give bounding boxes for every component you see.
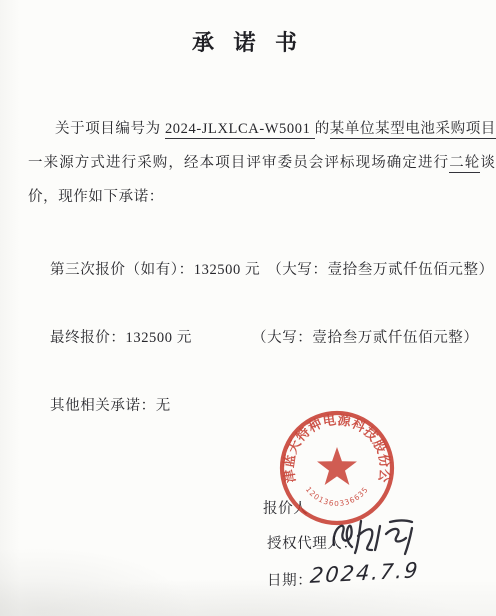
third-offer-amount-caps: （大写：壹拾叁万贰仟伍佰元整） (267, 262, 494, 278)
other-commitment-value: 无 (156, 398, 171, 414)
paragraph-text: 的 (315, 121, 330, 137)
final-offer-label: 最终报价： (50, 330, 126, 346)
final-offer-amount: 132500 元 (126, 330, 192, 346)
paragraph-text: 谈判报 (480, 155, 496, 171)
round-two-underlined: 二轮 (449, 155, 480, 173)
final-offer-line: 最终报价：132500 元 (50, 326, 192, 347)
paragraph-text: 价，现作如下承诺： (28, 189, 164, 205)
other-commitment-label: 其他相关承诺： (50, 398, 156, 414)
seal-number: 1201360336635 (304, 485, 370, 508)
seal-star-icon (317, 447, 357, 485)
final-offer-amount-caps: （大写：壹拾叁万贰仟伍佰元整） (252, 326, 479, 347)
other-commitment-line: 其他相关承诺：无 (50, 394, 171, 415)
authorized-agent-signature (328, 514, 428, 562)
seal-company-name: 天津蓝天特种电源科技股份公司 (280, 411, 394, 484)
document-title: 承 诺 书 (0, 26, 496, 57)
project-number: 2024-JLXLCA-W5001 (165, 121, 315, 139)
paragraph-line-1: 关于项目编号为 2024-JLXLCA-W5001 的某单位某型电池采购项目以单 (28, 117, 496, 138)
paragraph-line-3: 价，现作如下承诺： (28, 185, 164, 206)
bidder-label: 报价人 (263, 497, 308, 518)
project-name: 某单位某型电池采购项目 (330, 121, 496, 139)
date-label: 日期： (267, 569, 312, 590)
third-offer-label: 第三次报价（如有）： (50, 262, 194, 278)
document-page: 承 诺 书 关于项目编号为 2024-JLXLCA-W5001 的某单位某型电池… (0, 0, 496, 616)
paragraph-text: 关于项目编号为 (55, 121, 165, 137)
third-offer-amount: 132500 元 (194, 262, 260, 278)
handwritten-date: 2024.7.9 (309, 558, 420, 588)
paragraph-text: 一来源方式进行采购，经本项目评审委员会评标现场确定进行 (28, 155, 449, 171)
third-offer-line: 第三次报价（如有）：132500 元（大写：壹拾叁万贰仟伍佰元整） (50, 258, 494, 279)
paragraph-line-2: 一来源方式进行采购，经本项目评审委员会评标现场确定进行二轮谈判报 (28, 151, 496, 172)
